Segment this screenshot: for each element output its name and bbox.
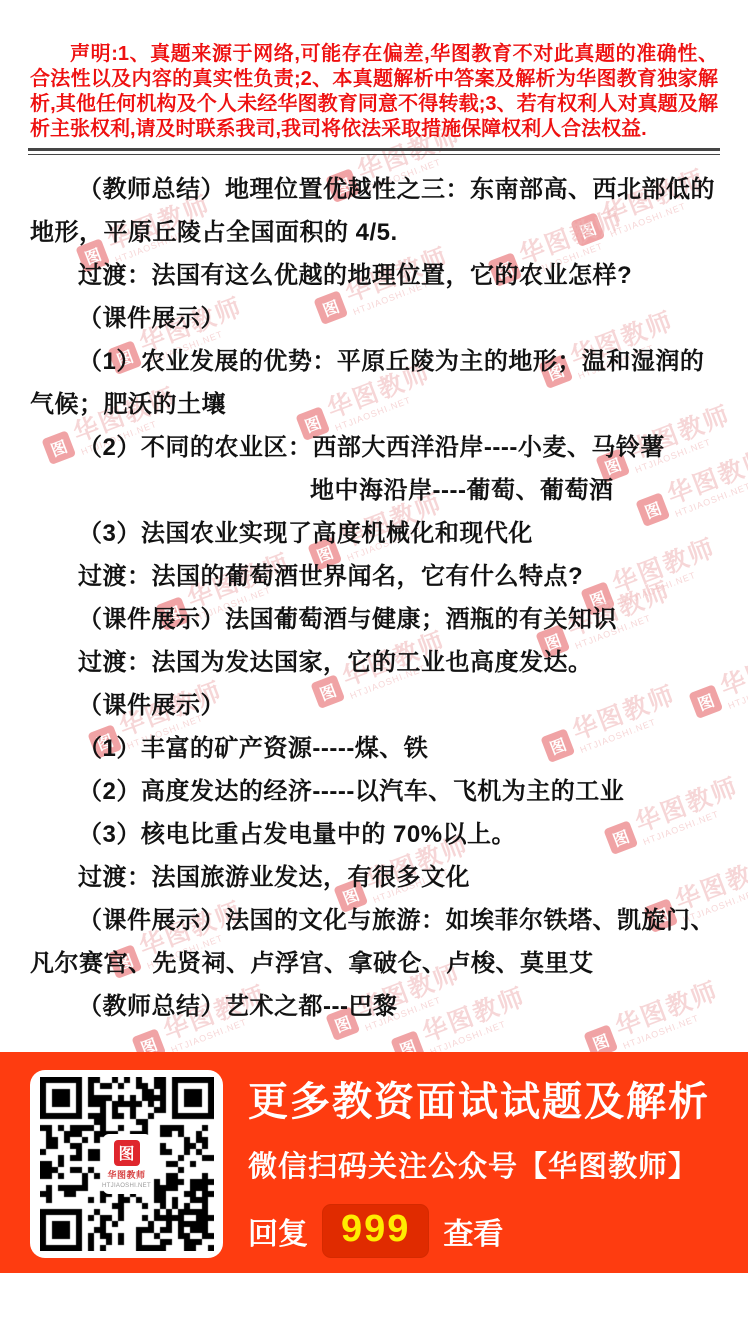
paragraph: 过渡：法国的葡萄酒世界闻名，它有什么特点?: [30, 555, 718, 598]
page-content: 声明:1、真题来源于网络,可能存在偏差,华图教育不对此真题的准确性、合法性以及内…: [0, 42, 748, 1028]
qr-logo-brand: 华图教师: [107, 1168, 145, 1181]
paragraph: （3）法国农业实现了高度机械化和现代化: [30, 512, 718, 555]
footer-banner: 图 华图教师 HTJIAOSHI.NET 更多教资面试试题及解析 微信扫码关注公…: [0, 1052, 748, 1273]
footer-subline: 微信扫码关注公众号【华图教师】: [248, 1150, 710, 1184]
paragraph: 地中海沿岸----葡萄、葡萄酒: [30, 469, 718, 512]
paragraph: （课件展示）法国的文化与旅游：如埃菲尔铁塔、凯旋门、凡尔赛宫、先贤祠、卢浮宫、拿…: [30, 899, 718, 985]
paragraph: （教师总结）艺术之都---巴黎: [30, 985, 718, 1028]
paragraph: （课件展示）法国葡萄酒与健康；酒瓶的有关知识: [30, 598, 718, 641]
divider-line: [28, 148, 720, 155]
paragraph: （2）不同的农业区：西部大西洋沿岸----小麦、马铃薯: [30, 426, 718, 469]
paragraph: （课件展示）: [30, 297, 718, 340]
paragraph: 过渡：法国有这么优越的地理位置，它的农业怎样?: [30, 254, 718, 297]
disclaimer-body: 1、真题来源于网络,可能存在偏差,华图教育不对此真题的准确性、合法性以及内容的真…: [30, 43, 718, 140]
paragraph: （课件展示）: [30, 684, 718, 727]
qr-center-logo: 图 华图教师 HTJIAOSHI.NET: [103, 1134, 151, 1194]
footer-headline: 更多教资面试试题及解析: [248, 1080, 710, 1124]
qr-panel: 图 华图教师 HTJIAOSHI.NET: [30, 1070, 223, 1258]
reply-suffix: 查看: [443, 1209, 503, 1253]
paragraph: （1）丰富的矿产资源-----煤、铁: [30, 727, 718, 770]
paragraph: 过渡：法国旅游业发达，有很多文化: [30, 856, 718, 899]
paragraph: 过渡：法国为发达国家，它的工业也高度发达。: [30, 641, 718, 684]
footer-text-block: 更多教资面试试题及解析 微信扫码关注公众号【华图教师】 回复 999 查看: [248, 1080, 710, 1258]
paragraph: （2）高度发达的经济-----以汽车、飞机为主的工业: [30, 770, 718, 813]
paragraph: （1）农业发展的优势：平原丘陵为主的地形；温和湿润的气候；肥沃的土壤: [30, 340, 718, 426]
qr-logo-domain: HTJIAOSHI.NET: [102, 1183, 151, 1189]
huatu-logo-icon: 图: [114, 1140, 140, 1166]
disclaimer-text: 声明:1、真题来源于网络,可能存在偏差,华图教育不对此真题的准确性、合法性以及内…: [30, 42, 718, 142]
reply-code-badge: 999: [322, 1204, 429, 1258]
paragraph: （教师总结）地理位置优越性之三：东南部高、西北部低的地形，平原丘陵占全国面积的 …: [30, 168, 718, 254]
footer-reply-line: 回复 999 查看: [248, 1204, 710, 1258]
lesson-text: （教师总结）地理位置优越性之三：东南部高、西北部低的地形，平原丘陵占全国面积的 …: [30, 168, 718, 1028]
reply-prefix: 回复: [248, 1209, 308, 1253]
document-page: 图华图教师HTJIAOSHI.NET图华图教师HTJIAOSHI.NET图华图教…: [0, 0, 748, 1335]
disclaimer-label: 声明:: [70, 43, 118, 65]
paragraph: （3）核电比重占发电量中的 70%以上。: [30, 813, 718, 856]
